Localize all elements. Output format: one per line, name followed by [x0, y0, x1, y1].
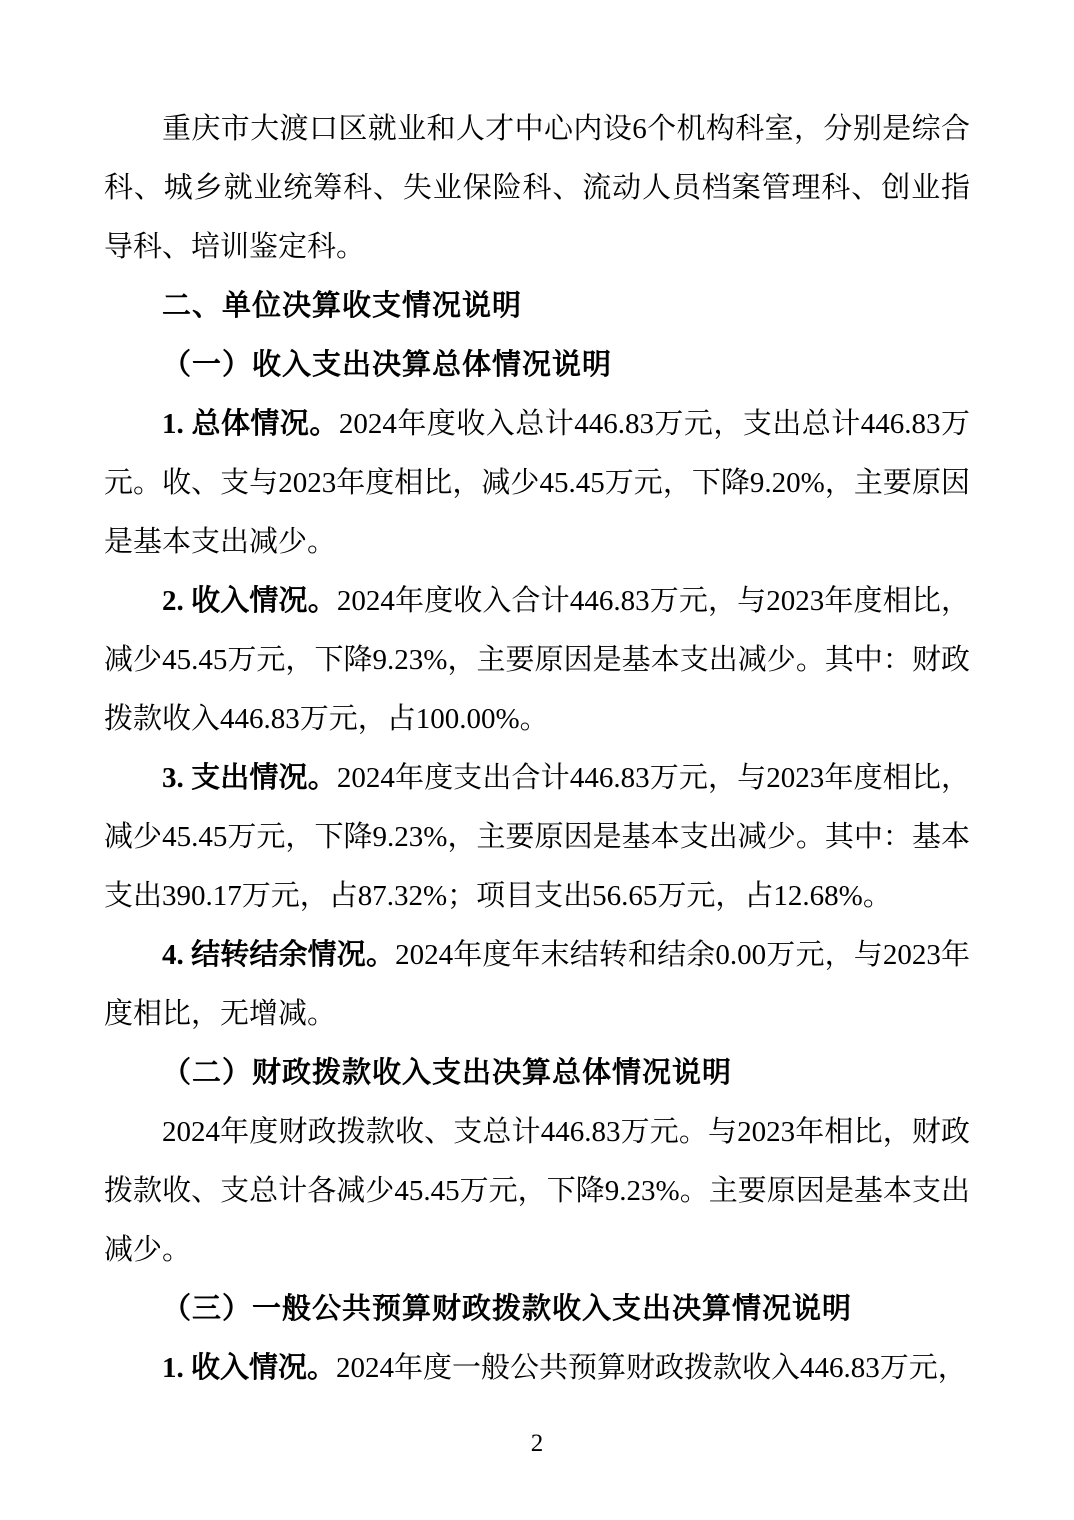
paragraph-expenditure-situation: 3. 支出情况。2024年度支出合计446.83万元，与2023年度相比，减少4…	[104, 749, 970, 926]
paragraph-lead: 2. 收入情况。	[162, 585, 337, 617]
subsection-heading-2-2: （二）财政拨款收入支出决算总体情况说明	[104, 1044, 970, 1103]
paragraph-org-structure: 重庆市大渡口区就业和人才中心内设6个机构科室，分别是综合科、城乡就业统筹科、失业…	[104, 100, 970, 277]
heading-text: （三）一般公共预算财政拨款收入支出决算情况说明	[162, 1293, 852, 1325]
paragraph-lead: 1. 总体情况。	[162, 408, 339, 440]
heading-text: （二）财政拨款收入支出决算总体情况说明	[162, 1057, 732, 1089]
page-number: 2	[0, 1428, 1074, 1460]
heading-text: 二、单位决算收支情况说明	[162, 290, 522, 322]
paragraph-text: 2024年度一般公共预算财政拨款收入446.83万元，	[336, 1352, 967, 1384]
subsection-heading-2-1: （一）收入支出决算总体情况说明	[104, 336, 970, 395]
document-page: 重庆市大渡口区就业和人才中心内设6个机构科室，分别是综合科、城乡就业统筹科、失业…	[0, 0, 1074, 1520]
subsection-heading-2-3: （三）一般公共预算财政拨款收入支出决算情况说明	[104, 1280, 970, 1339]
paragraph-lead: 1. 收入情况。	[162, 1352, 336, 1384]
paragraph-lead: 3. 支出情况。	[162, 762, 337, 794]
paragraph-carryover-balance: 4. 结转结余情况。2024年度年末结转和结余0.00万元，与2023年度相比，…	[104, 926, 970, 1044]
paragraph-income-situation: 2. 收入情况。2024年度收入合计446.83万元，与2023年度相比，减少4…	[104, 572, 970, 749]
paragraph-general-budget-income: 1. 收入情况。2024年度一般公共预算财政拨款收入446.83万元，	[104, 1339, 970, 1398]
paragraph-text: 重庆市大渡口区就业和人才中心内设6个机构科室，分别是综合科、城乡就业统筹科、失业…	[104, 113, 970, 263]
paragraph-overall-situation: 1. 总体情况。2024年度收入总计446.83万元，支出总计446.83万元。…	[104, 395, 970, 572]
document-body: 重庆市大渡口区就业和人才中心内设6个机构科室，分别是综合科、城乡就业统筹科、失业…	[104, 100, 970, 1398]
heading-text: （一）收入支出决算总体情况说明	[162, 349, 612, 381]
paragraph-lead: 4. 结转结余情况。	[162, 939, 395, 971]
section-heading-2: 二、单位决算收支情况说明	[104, 277, 970, 336]
paragraph-text: 2024年度财政拨款收、支总计446.83万元。与2023年相比，财政拨款收、支…	[104, 1116, 970, 1266]
paragraph-fiscal-appropriation: 2024年度财政拨款收、支总计446.83万元。与2023年相比，财政拨款收、支…	[104, 1103, 970, 1280]
